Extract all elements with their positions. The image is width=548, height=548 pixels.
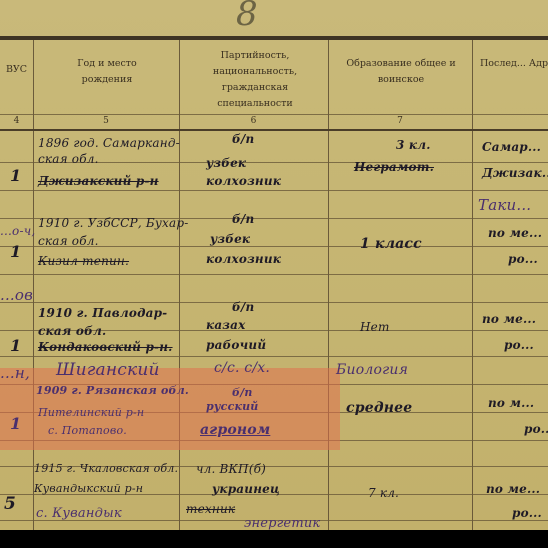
party-line: б/п	[232, 386, 253, 399]
birth-line: Джизакский р-н	[38, 174, 159, 188]
education-line: 3 кл.	[396, 138, 431, 152]
birth-line: 1910 г. УзбССР, Бухар-	[38, 216, 189, 230]
birth-line: Кондаковский р-н.	[38, 340, 173, 354]
birth-line: 1896 год. Самарканд-	[38, 136, 180, 150]
birth-line: с. Кувандык	[36, 506, 122, 521]
vus-value: 1	[10, 336, 21, 355]
address-line: ро...	[504, 338, 534, 352]
header-bottom-border	[0, 129, 548, 131]
address-line: Таки...	[478, 196, 531, 214]
education-line: Нет	[360, 320, 390, 334]
column-number: 6	[179, 116, 328, 126]
party-line: казах	[206, 318, 245, 332]
column-header-party: Партийность, национальность, гражданская…	[186, 48, 324, 112]
column-number: 7	[328, 116, 472, 126]
column-header-address: Послед... Адрес...	[480, 56, 548, 72]
address-line: ро...	[508, 252, 538, 266]
birth-line: ская обл.	[38, 234, 99, 248]
education-line: среднее	[346, 400, 412, 416]
party-line: колхозник	[206, 174, 281, 188]
register-page: 8 ВУС Год и место рождения Партийность, …	[0, 0, 548, 530]
address-line: Джизак...	[482, 166, 548, 180]
education-line: Неграмот.	[354, 160, 434, 174]
vus-value: 1	[10, 242, 21, 261]
birth-line: 1915 г. Чкаловская обл.	[34, 462, 178, 475]
education-note: Биология	[336, 362, 408, 378]
party-line: украинец	[212, 482, 280, 496]
party-note: с/с. с/х.	[214, 360, 270, 376]
party-line: агроном	[200, 422, 270, 438]
vus-note: ...н,	[0, 364, 30, 382]
header-divider	[0, 114, 548, 115]
birth-line: Кизил-тепин.	[38, 254, 129, 268]
party-line: колхозник	[206, 252, 281, 266]
vus-value: 5	[4, 494, 16, 514]
column-number: 4	[0, 116, 33, 126]
education-line: 7 кл.	[368, 486, 399, 500]
address-line: по ме...	[488, 226, 542, 240]
education-line: 1 класс	[360, 236, 422, 252]
birth-line: с. Потапово.	[48, 424, 127, 437]
birth-line: 1910 г. Павлодар-	[38, 306, 167, 320]
party-line: б/п	[232, 300, 254, 314]
birth-line: ская обл.	[38, 152, 99, 166]
vus-note: ...ов	[0, 286, 33, 304]
party-line: б/п	[232, 132, 254, 146]
party-line: русский	[206, 400, 259, 413]
vus-value: 1	[10, 166, 21, 185]
party-note: энергетик	[244, 516, 320, 530]
party-line: чл. ВКП(б)	[196, 462, 266, 476]
name-note: Шиганский	[56, 360, 160, 380]
column-header-education: Образование общее и воинское	[336, 56, 466, 88]
birth-line: Кувандыкский р-н	[34, 482, 143, 495]
column-header-birth: Год и место рождения	[62, 56, 152, 88]
vus-note: ...о-ч,	[0, 224, 35, 238]
address-line: Самар...	[482, 140, 541, 154]
table-top-border	[0, 36, 548, 40]
address-line: по ме...	[482, 312, 536, 326]
scan-border	[0, 530, 548, 548]
address-line: ро...	[512, 506, 542, 520]
address-line: по ме...	[486, 482, 540, 496]
party-line: б/п	[232, 212, 254, 226]
party-line: рабочий	[206, 338, 266, 352]
vus-value: 1	[10, 414, 21, 433]
column-header-vus: ВУС	[0, 62, 33, 78]
address-line: по м...	[488, 396, 534, 410]
party-line: техник	[186, 502, 235, 516]
party-line: узбек	[206, 156, 246, 170]
birth-line: 1909 г. Рязанская обл.	[36, 384, 189, 397]
birth-line: Пителинский р-н	[38, 406, 144, 419]
column-number: 5	[33, 116, 179, 126]
party-line: узбек	[210, 232, 250, 246]
address-line: ро...	[524, 422, 548, 436]
birth-line: ская обл.	[38, 324, 106, 338]
page-number: 8	[236, 0, 258, 34]
